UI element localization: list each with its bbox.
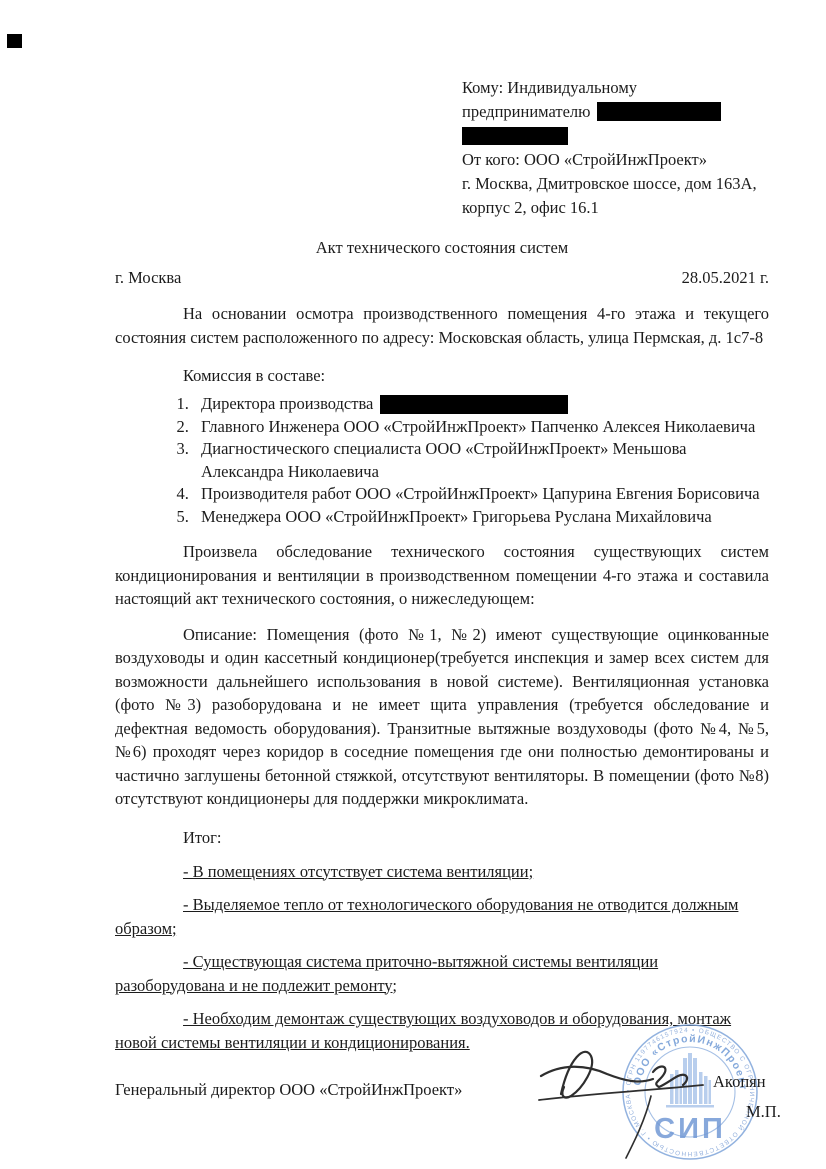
signer-name: Акопян: [713, 1072, 766, 1092]
description-paragraph: Описание: Помещения (фото №1, №2) имеют …: [115, 623, 769, 811]
handwritten-signature: [533, 1036, 711, 1161]
recipient-sender-block: Кому: Индивидуальному предпринимателю От…: [462, 76, 774, 220]
recipient-line-1: Кому: Индивидуальному: [462, 76, 774, 100]
recipient-label: предпринимателю: [462, 102, 590, 121]
place-date-row: г. Москва 28.05.2021 г.: [115, 266, 769, 290]
commission-member: Менеджера ООО «СтройИнжПроект» Григорьев…: [193, 506, 769, 529]
summary-item: - В помещениях отсутствует система венти…: [115, 860, 769, 884]
commission-member-text: Директора производства: [201, 394, 373, 413]
date-label: 28.05.2021 г.: [682, 266, 769, 290]
intro-paragraph: На основании осмотра производственного п…: [115, 302, 769, 349]
commission-member-text: Диагностического специалиста ООО «СтройИ…: [201, 439, 687, 481]
document-title: Акт технического состояния систем: [115, 236, 769, 260]
scan-artifact-mark: [7, 34, 22, 48]
commission-member-text: Главного Инженера ООО «СтройИнжПроект» П…: [201, 417, 755, 436]
signature-block: • ОГРН 1197746157924 • ОБЩЕСТВО С ОГРАНИ…: [115, 1028, 769, 1169]
summary-item-text: - В помещениях отсутствует система венти…: [183, 862, 533, 881]
place-label: г. Москва: [115, 266, 181, 290]
director-title-label: Генеральный директор ООО «СтройИнжПроект…: [115, 1080, 462, 1100]
summary-item: - Существующая система приточно-вытяжной…: [115, 950, 769, 997]
scanned-document-page: Кому: Индивидуальному предпринимателю От…: [0, 0, 826, 1169]
sender-line: От кого: ООО «СтройИнжПроект»: [462, 148, 774, 172]
commission-heading: Комиссия в составе:: [115, 364, 769, 388]
sender-address-line-1: г. Москва, Дмитровское шоссе, дом 163А,: [462, 172, 774, 196]
commission-member-text: Производителя работ ООО «СтройИнжПроект»…: [201, 484, 760, 503]
commission-member: Диагностического специалиста ООО «СтройИ…: [193, 438, 769, 483]
redaction-box: [380, 395, 568, 414]
redaction-box: [462, 127, 568, 145]
seal-place-mark: М.П.: [746, 1102, 781, 1122]
sender-address-line-2: корпус 2, офис 16.1: [462, 196, 774, 220]
summary-heading: Итог:: [115, 826, 769, 850]
commission-member: Главного Инженера ООО «СтройИнжПроект» П…: [193, 416, 769, 439]
summary-item-text: - Выделяемое тепло от технологического о…: [115, 895, 738, 938]
recipient-line-2: предпринимателю: [462, 100, 774, 124]
redaction-box: [597, 102, 721, 121]
commission-member-text: Менеджера ООО «СтройИнжПроект» Григорьев…: [201, 507, 712, 526]
summary-item: - Выделяемое тепло от технологического о…: [115, 893, 769, 940]
commission-list: Директора производства Главного Инженера…: [115, 393, 769, 528]
survey-paragraph: Произвела обследование технического сост…: [115, 540, 769, 611]
summary-item-text: - Существующая система приточно-вытяжной…: [115, 952, 658, 995]
commission-member: Директора производства: [193, 393, 769, 416]
recipient-line-3: [462, 124, 774, 148]
commission-member: Производителя работ ООО «СтройИнжПроект»…: [193, 483, 769, 506]
document-content: Кому: Индивидуальному предпринимателю От…: [0, 76, 826, 1054]
